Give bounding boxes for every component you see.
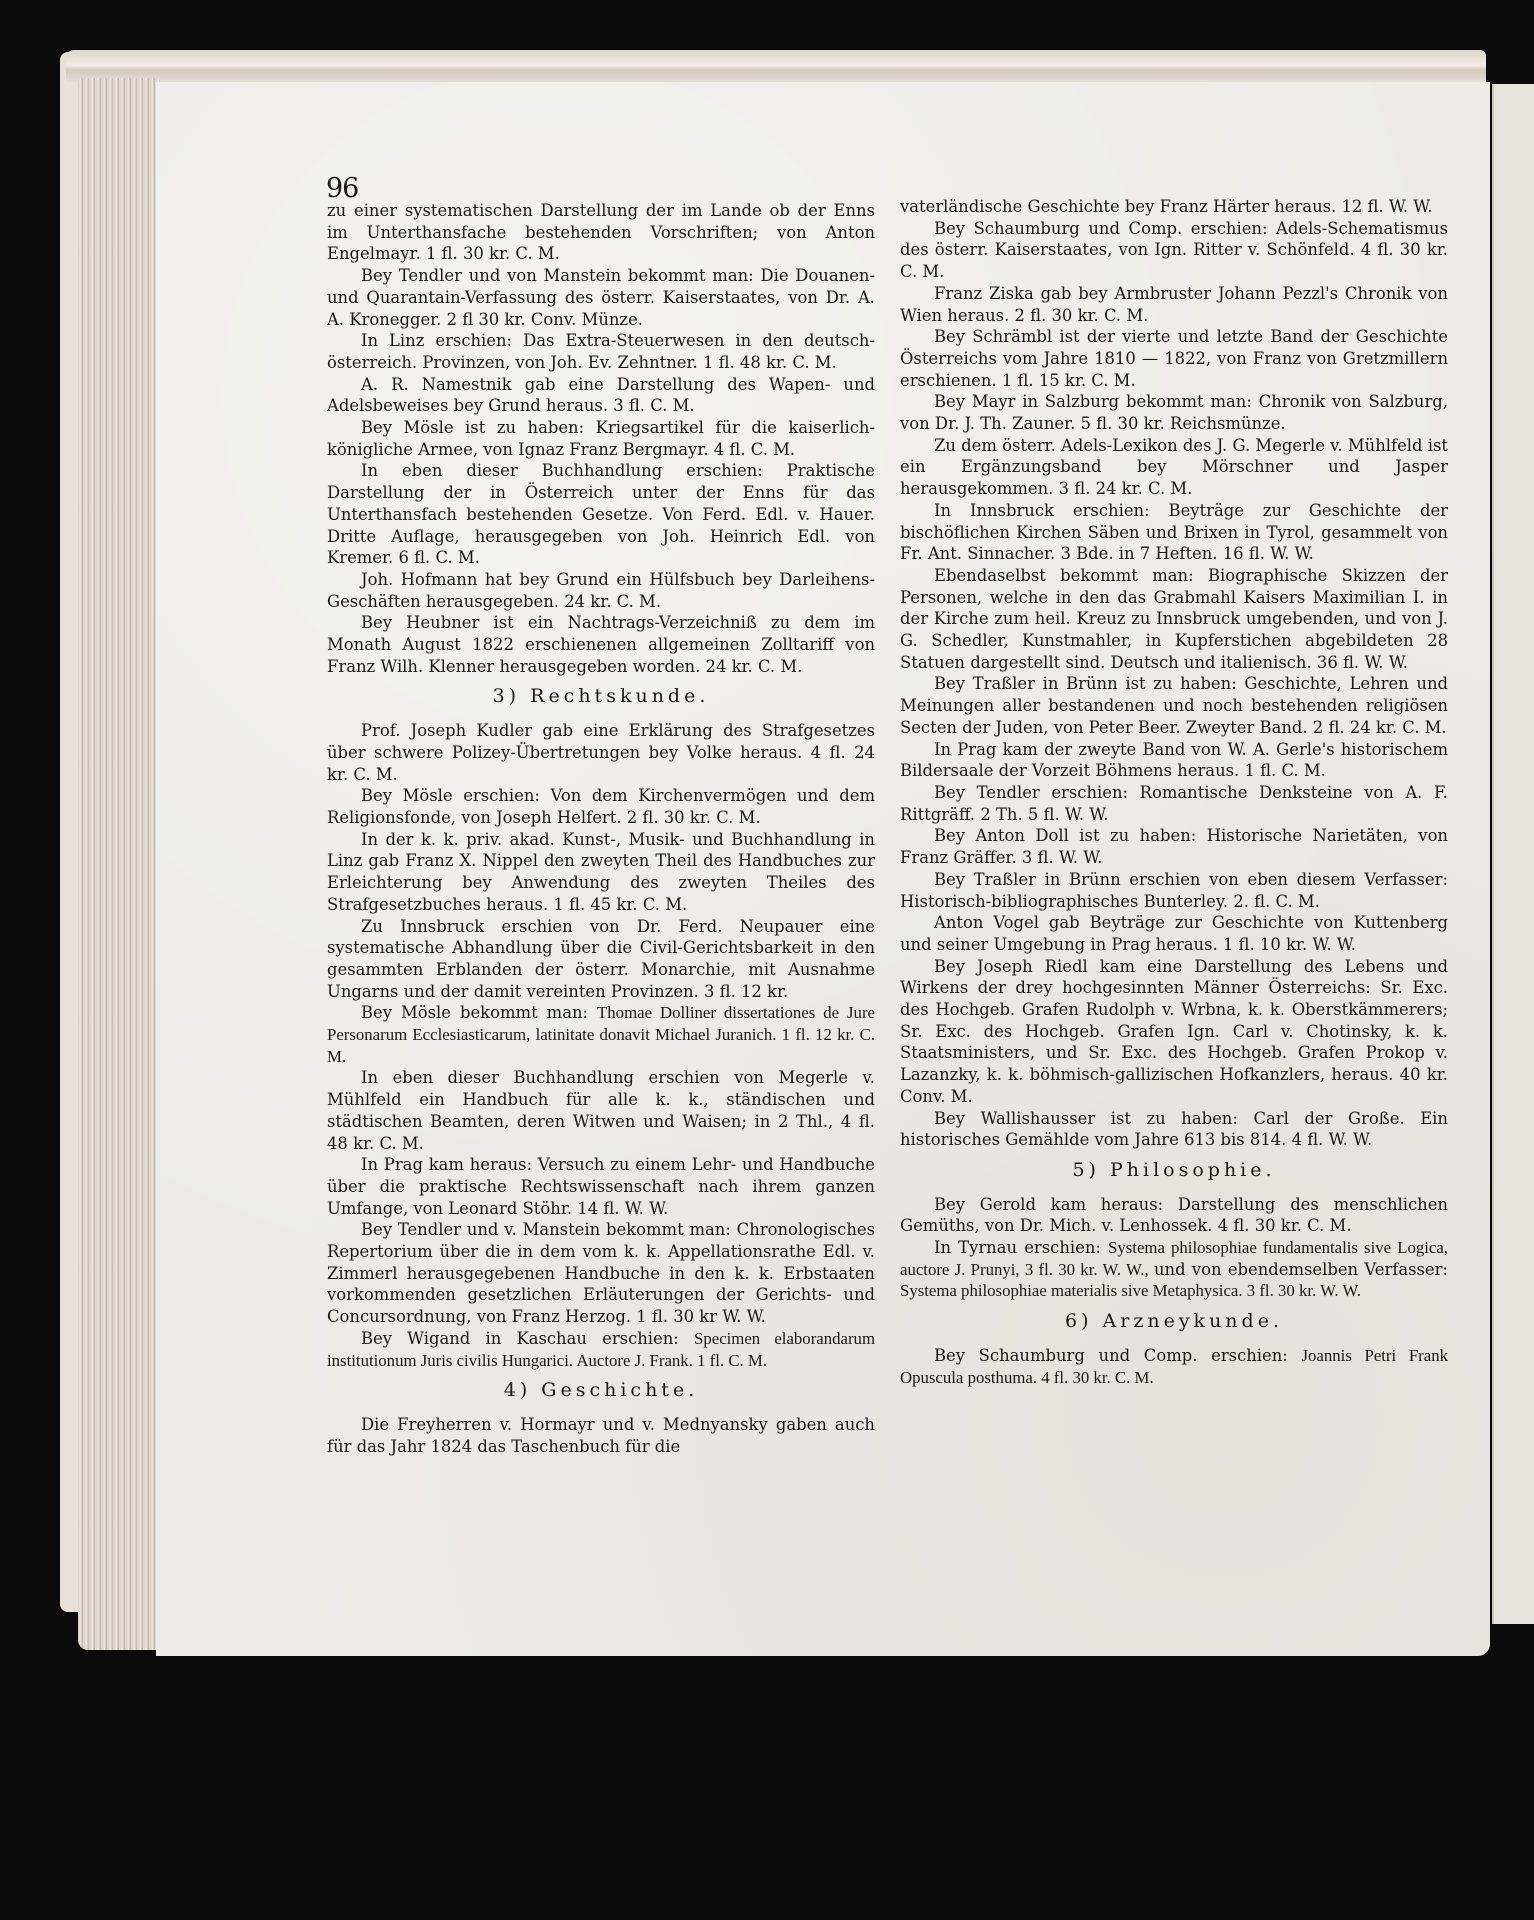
paragraph: Bey Gerold kam heraus: Darstellung des m…: [900, 1194, 1448, 1237]
section-heading-arzneykunde: 6) Arzneykunde.: [900, 1311, 1448, 1333]
paragraph: Bey Mösle ist zu haben: Kriegsartikel fü…: [327, 417, 875, 460]
paragraph-mixed: Bey Wigand in Kaschau erschien: Specimen…: [327, 1328, 875, 1371]
paragraph: Bey Anton Doll ist zu haben: Historische…: [900, 825, 1448, 868]
paragraph: Bey Traßler in Brünn erschien von eben d…: [900, 869, 1448, 912]
paragraph-mixed: Bey Mösle bekommt man: Thomae Dolliner d…: [327, 1002, 875, 1067]
paragraph: Joh. Hofmann hat bey Grund ein Hülfsbuch…: [327, 569, 875, 612]
paragraph: Anton Vogel gab Beyträge zur Geschichte …: [900, 912, 1448, 955]
paragraph: Prof. Joseph Kudler gab eine Erklärung d…: [327, 720, 875, 785]
german-text: Bey Schaumburg und Comp. erschien:: [934, 1346, 1302, 1365]
section-heading-philosophie: 5) Philosophie.: [900, 1160, 1448, 1182]
right-column: vaterländische Geschichte bey Franz Härt…: [900, 196, 1448, 1388]
german-text: und von ebendemselben Verfasser:: [1154, 1260, 1448, 1279]
paragraph: In eben dieser Buchhandlung erschien von…: [327, 1067, 875, 1154]
paragraph: Bey Tendler und von Manstein bekommt man…: [327, 265, 875, 330]
page-stack-edges: [78, 78, 160, 1650]
paragraph: Bey Schaumburg und Comp. erschien: Adels…: [900, 218, 1448, 283]
paragraph: Bey Schrämbl ist der vierte und letzte B…: [900, 326, 1448, 391]
paragraph: Ebendaselbst bekommt man: Biographische …: [900, 565, 1448, 674]
paragraph: Zu Innsbruck erschien von Dr. Ferd. Neup…: [327, 916, 875, 1003]
paragraph: In eben dieser Buchhandlung erschien: Pr…: [327, 460, 875, 569]
paragraph: In Innsbruck erschien: Beyträge zur Gesc…: [900, 500, 1448, 565]
section-heading-geschichte: 4) Geschichte.: [327, 1380, 875, 1402]
facing-page-edge: [1492, 84, 1534, 1624]
paragraph: In Prag kam heraus: Versuch zu einem Leh…: [327, 1154, 875, 1219]
paragraph: vaterländische Geschichte bey Franz Härt…: [900, 196, 1448, 218]
paragraph: Bey Mösle erschien: Von dem Kirchenvermö…: [327, 785, 875, 828]
left-column: zu einer systematischen Darstellung der …: [327, 200, 875, 1457]
paragraph: Die Freyherren v. Hormayr und v. Mednyan…: [327, 1414, 875, 1457]
german-text: Bey Mösle bekommt man:: [361, 1003, 597, 1022]
paragraph: In Prag kam der zweyte Band von W. A. Ge…: [900, 739, 1448, 782]
paragraph: Bey Mayr in Salzburg bekommt man: Chroni…: [900, 391, 1448, 434]
paragraph: Zu dem österr. Adels-Lexikon des J. G. M…: [900, 435, 1448, 500]
german-text: Bey Wigand in Kaschau erschien:: [361, 1329, 694, 1348]
paragraph: Bey Wallishausser ist zu haben: Carl der…: [900, 1108, 1448, 1151]
paragraph: Bey Tendler erschien: Romantische Denkst…: [900, 782, 1448, 825]
latin-text: Systema philosophiae materialis sive Met…: [900, 1281, 1361, 1300]
paragraph-mixed: In Tyrnau erschien: Systema philosophiae…: [900, 1237, 1448, 1302]
paragraph: zu einer systematischen Darstellung der …: [327, 200, 875, 265]
paragraph: In Linz erschien: Das Extra-Steuerwesen …: [327, 330, 875, 373]
paragraph: Bey Heubner ist ein Nachtrags-Verzeichni…: [327, 612, 875, 677]
paragraph: A. R. Namestnik gab eine Darstellung des…: [327, 374, 875, 417]
german-text: In Tyrnau erschien:: [934, 1238, 1108, 1257]
paragraph: Bey Joseph Riedl kam eine Darstellung de…: [900, 956, 1448, 1108]
book-top-edge: [66, 50, 1486, 84]
section-heading-rechtskunde: 3) Rechtskunde.: [327, 686, 875, 708]
paragraph: Franz Ziska gab bey Armbruster Johann Pe…: [900, 283, 1448, 326]
paragraph: Bey Tendler und v. Manstein bekommt man:…: [327, 1219, 875, 1328]
paragraph: In der k. k. priv. akad. Kunst-, Musik- …: [327, 829, 875, 916]
paragraph-mixed: Bey Schaumburg und Comp. erschien: Joann…: [900, 1345, 1448, 1388]
paragraph: Bey Traßler in Brünn ist zu haben: Gesch…: [900, 673, 1448, 738]
